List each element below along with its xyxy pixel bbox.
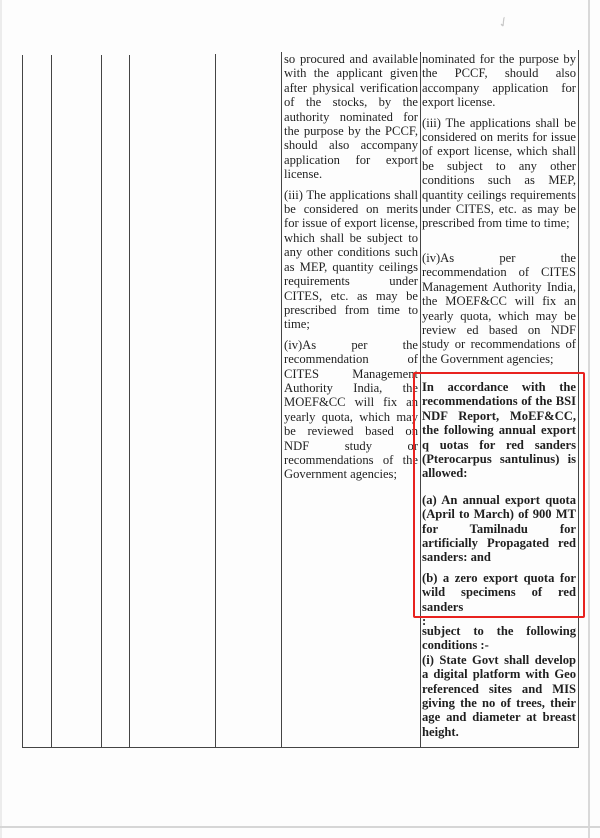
- column-b-text: nominated for the purpose by the PCCF, s…: [422, 52, 576, 372]
- paragraph: (iii) The applications shall be consider…: [422, 116, 576, 231]
- table-border-left: [22, 55, 23, 747]
- paragraph: (iii) The applications shall be consider…: [284, 188, 418, 332]
- page-edge: [588, 0, 590, 838]
- page-edge: [0, 0, 2, 838]
- column-a-text: so procured and available with the appli…: [284, 52, 418, 488]
- paragraph: so procured and available with the appli…: [284, 52, 418, 182]
- condition-item-i: (i) State Govt shall develop a digital p…: [422, 653, 576, 739]
- table-border-bottom: [22, 747, 579, 748]
- conditions-heading: subject to the following conditions :-: [422, 624, 576, 653]
- paragraph: (iv)As per the recommendation of CITES M…: [422, 251, 576, 366]
- paragraph: (iv)As per the recommendation of CITES M…: [284, 338, 418, 482]
- paragraph: nominated for the purpose by the PCCF, s…: [422, 52, 576, 110]
- column-divider: [215, 54, 216, 747]
- page-edge: [0, 826, 600, 828]
- column-divider: [51, 55, 52, 747]
- red-highlight-box: [413, 372, 585, 618]
- scan-mark: ✓: [495, 9, 525, 42]
- column-divider: [129, 55, 130, 747]
- column-divider: [101, 55, 102, 747]
- column-divider: [281, 52, 282, 747]
- conditions-text: subject to the following conditions :- (…: [422, 624, 576, 745]
